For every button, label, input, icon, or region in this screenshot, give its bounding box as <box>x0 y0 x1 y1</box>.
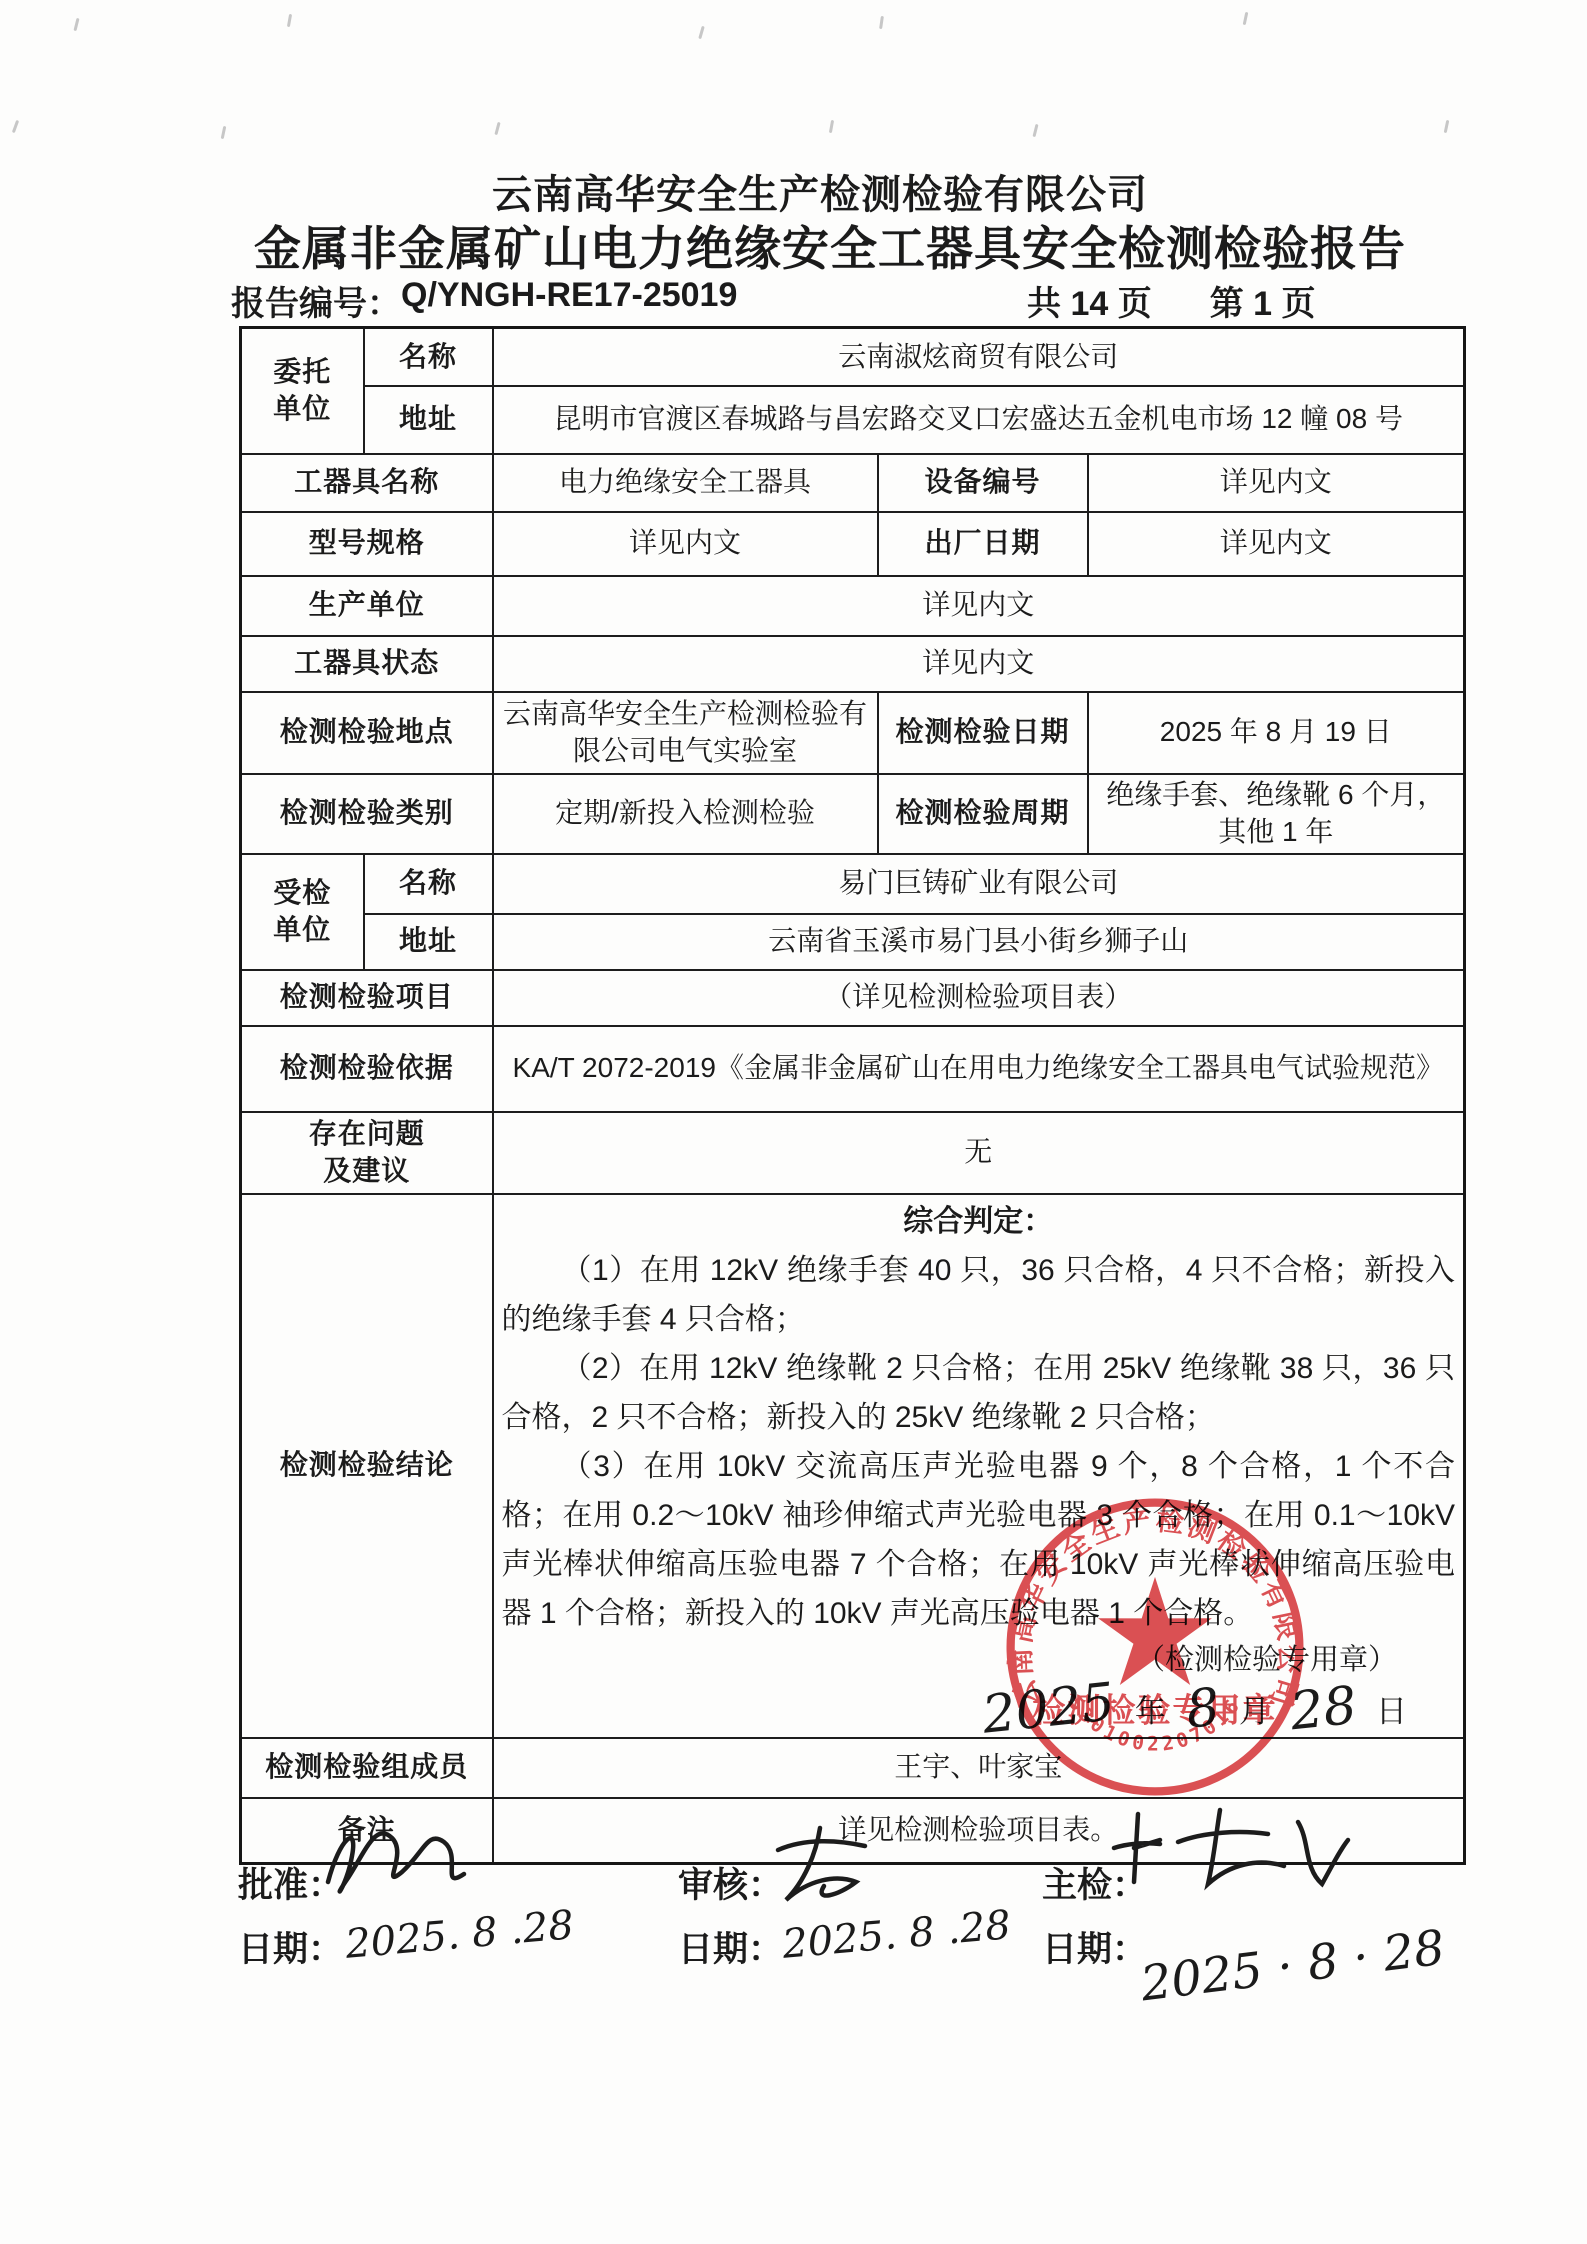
mfg-date-label: 出厂日期 <box>878 512 1088 576</box>
chief-date-value: 2025 · 8 · 28 <box>1138 1920 1448 2013</box>
inspected-name-value: 易门巨铸矿业有限公司 <box>493 854 1465 914</box>
seal-note: （检测检验专用章） <box>502 1640 1398 1680</box>
scan-artifact <box>494 122 500 135</box>
client-name-label: 名称 <box>364 328 493 386</box>
cycle-value: 绝缘手套、绝缘靴 6 个月，其他 1 年 <box>1088 774 1465 854</box>
conclusion-label: 检测检验结论 <box>241 1194 493 1738</box>
table-row: 检测检验项目 （详见检测检验项目表） <box>241 970 1465 1026</box>
table-row: 受检 单位 名称 易门巨铸矿业有限公司 <box>241 854 1465 914</box>
inspected-addr-label: 地址 <box>364 914 493 970</box>
table-row: 检测检验结论 综合判定： （1）在用 12kV 绝缘手套 40 只，36 只合格… <box>241 1194 1465 1738</box>
report-meta-line: 报告编号：Q/YNGH-RE17-25019 共 14 页 第 1 页 <box>231 276 1411 320</box>
total-pages: 共 14 页 <box>1027 276 1152 325</box>
scan-artifact <box>12 120 19 133</box>
handwritten-month: 8 <box>1184 1684 1222 1733</box>
device-no-value: 详见内文 <box>1088 454 1465 512</box>
review-signature <box>760 1820 900 1912</box>
table-row: 检测检验依据 KA/T 2072-2019《金属非金属矿山在用电力绝缘安全工器具… <box>241 1026 1465 1112</box>
client-addr-value: 昆明市官渡区春城路与昌宏路交叉口宏盛达五金机电市场 12 幢 08 号 <box>493 386 1465 454</box>
inspected-name-label: 名称 <box>364 854 493 914</box>
year-label: 年 <box>1135 1689 1166 1735</box>
basis-value: KA/T 2072-2019《金属非金属矿山在用电力绝缘安全工器具电气试验规范》 <box>493 1026 1465 1112</box>
tool-state-label: 工器具状态 <box>241 636 493 692</box>
page-counter: 共 14 页 第 1 页 <box>1027 276 1316 325</box>
day-label: 日 <box>1376 1689 1407 1735</box>
problems-value: 无 <box>493 1112 1465 1194</box>
report-table: 委托 单位 名称 云南淑炫商贸有限公司 地址 昆明市官渡区春城路与昌宏路交叉口宏… <box>239 326 1466 1865</box>
team-label: 检测检验组成员 <box>241 1738 493 1798</box>
producer-label: 生产单位 <box>241 576 493 636</box>
device-no-label: 设备编号 <box>878 454 1088 512</box>
mfg-date-value: 详见内文 <box>1088 512 1465 576</box>
scan-artifact <box>829 120 834 133</box>
model-label: 型号规格 <box>241 512 493 576</box>
team-value: 王宇、叶家宝 <box>493 1738 1465 1798</box>
table-row: 工器具名称 电力绝缘安全工器具 设备编号 详见内文 <box>241 454 1465 512</box>
inspected-group-label: 受检 单位 <box>241 854 364 970</box>
review-date-label: 日期： <box>678 1922 783 1972</box>
tool-name-label: 工器具名称 <box>241 454 493 512</box>
model-value: 详见内文 <box>493 512 878 576</box>
scan-artifact <box>879 16 884 29</box>
report-no-label: 报告编号： <box>231 276 401 325</box>
month-label: 月 <box>1239 1689 1270 1735</box>
chief-signature <box>1100 1800 1360 1905</box>
items-value: （详见检测检验项目表） <box>493 970 1465 1026</box>
tool-state-value: 详见内文 <box>493 636 1465 692</box>
place-label: 检测检验地点 <box>241 692 493 774</box>
problems-label: 存在问题 及建议 <box>241 1112 493 1194</box>
basis-label: 检测检验依据 <box>241 1026 493 1112</box>
report-page: 云南高华安全生产检测检验有限公司 金属非金属矿山电力绝缘安全工器具安全检测检验报… <box>0 0 1587 2244</box>
scan-artifact <box>287 14 292 27</box>
approve-date-label: 日期： <box>238 1922 343 1972</box>
table-row: 委托 单位 名称 云南淑炫商贸有限公司 <box>241 328 1465 386</box>
handwritten-day: 28 <box>1288 1682 1359 1735</box>
client-group-label: 委托 单位 <box>241 328 364 454</box>
scan-artifact <box>698 26 704 39</box>
type-label: 检测检验类别 <box>241 774 493 854</box>
test-date-value: 2025 年 8 月 19 日 <box>1088 692 1465 774</box>
table-row: 工器具状态 详见内文 <box>241 636 1465 692</box>
conclusion-paragraph-3: （3）在用 10kV 交流高压声光验电器 9 个，8 个合格，1 个不合格；在用… <box>502 1442 1456 1638</box>
current-page: 第 1 页 <box>1210 276 1316 325</box>
report-no: Q/YNGH-RE17-25019 <box>401 276 737 315</box>
inspected-addr-value: 云南省玉溪市易门县小街乡狮子山 <box>493 914 1465 970</box>
tool-name-value: 电力绝缘安全工器具 <box>493 454 878 512</box>
conclusion-date: 2025 年 8 月 28 日 <box>502 1682 1408 1735</box>
handwritten-year: 2025 <box>981 1679 1117 1738</box>
producer-value: 详见内文 <box>493 576 1465 636</box>
scan-artifact <box>1032 124 1038 137</box>
table-row: 存在问题 及建议 无 <box>241 1112 1465 1194</box>
conclusion-paragraph-1: （1）在用 12kV 绝缘手套 40 只，36 只合格，4 只不合格；新投入的绝… <box>502 1246 1456 1344</box>
scan-artifact <box>221 126 227 139</box>
items-label: 检测检验项目 <box>241 970 493 1026</box>
table-row: 生产单位 详见内文 <box>241 576 1465 636</box>
type-value: 定期/新投入检测检验 <box>493 774 878 854</box>
table-row: 检测检验地点 云南高华安全生产检测检验有限公司电气实验室 检测检验日期 2025… <box>241 692 1465 774</box>
scan-artifact <box>1444 120 1450 133</box>
approve-signature <box>310 1812 490 1912</box>
place-value: 云南高华安全生产检测检验有限公司电气实验室 <box>493 692 878 774</box>
table-row: 地址 云南省玉溪市易门县小街乡狮子山 <box>241 914 1465 970</box>
table-row: 检测检验组成员 王宇、叶家宝 <box>241 1738 1465 1798</box>
cycle-label: 检测检验周期 <box>878 774 1088 854</box>
conclusion-heading: 综合判定： <box>502 1197 1456 1246</box>
client-addr-label: 地址 <box>364 386 493 454</box>
page-title: 金属非金属矿山电力绝缘安全工器具安全检测检验报告 <box>80 212 1580 279</box>
conclusion-paragraph-2: （2）在用 12kV 绝缘靴 2 只合格；在用 25kV 绝缘靴 38 只，36… <box>502 1344 1456 1442</box>
scan-artifact <box>1243 12 1249 25</box>
test-date-label: 检测检验日期 <box>878 692 1088 774</box>
client-name-value: 云南淑炫商贸有限公司 <box>493 328 1465 386</box>
chief-date-label: 日期： <box>1042 1922 1147 1972</box>
table-row: 检测检验类别 定期/新投入检测检验 检测检验周期 绝缘手套、绝缘靴 6 个月，其… <box>241 774 1465 854</box>
table-row: 地址 昆明市官渡区春城路与昌宏路交叉口宏盛达五金机电市场 12 幢 08 号 <box>241 386 1465 454</box>
conclusion-cell: 综合判定： （1）在用 12kV 绝缘手套 40 只，36 只合格，4 只不合格… <box>493 1194 1465 1738</box>
table-row: 型号规格 详见内文 出厂日期 详见内文 <box>241 512 1465 576</box>
scan-artifact <box>73 18 79 31</box>
